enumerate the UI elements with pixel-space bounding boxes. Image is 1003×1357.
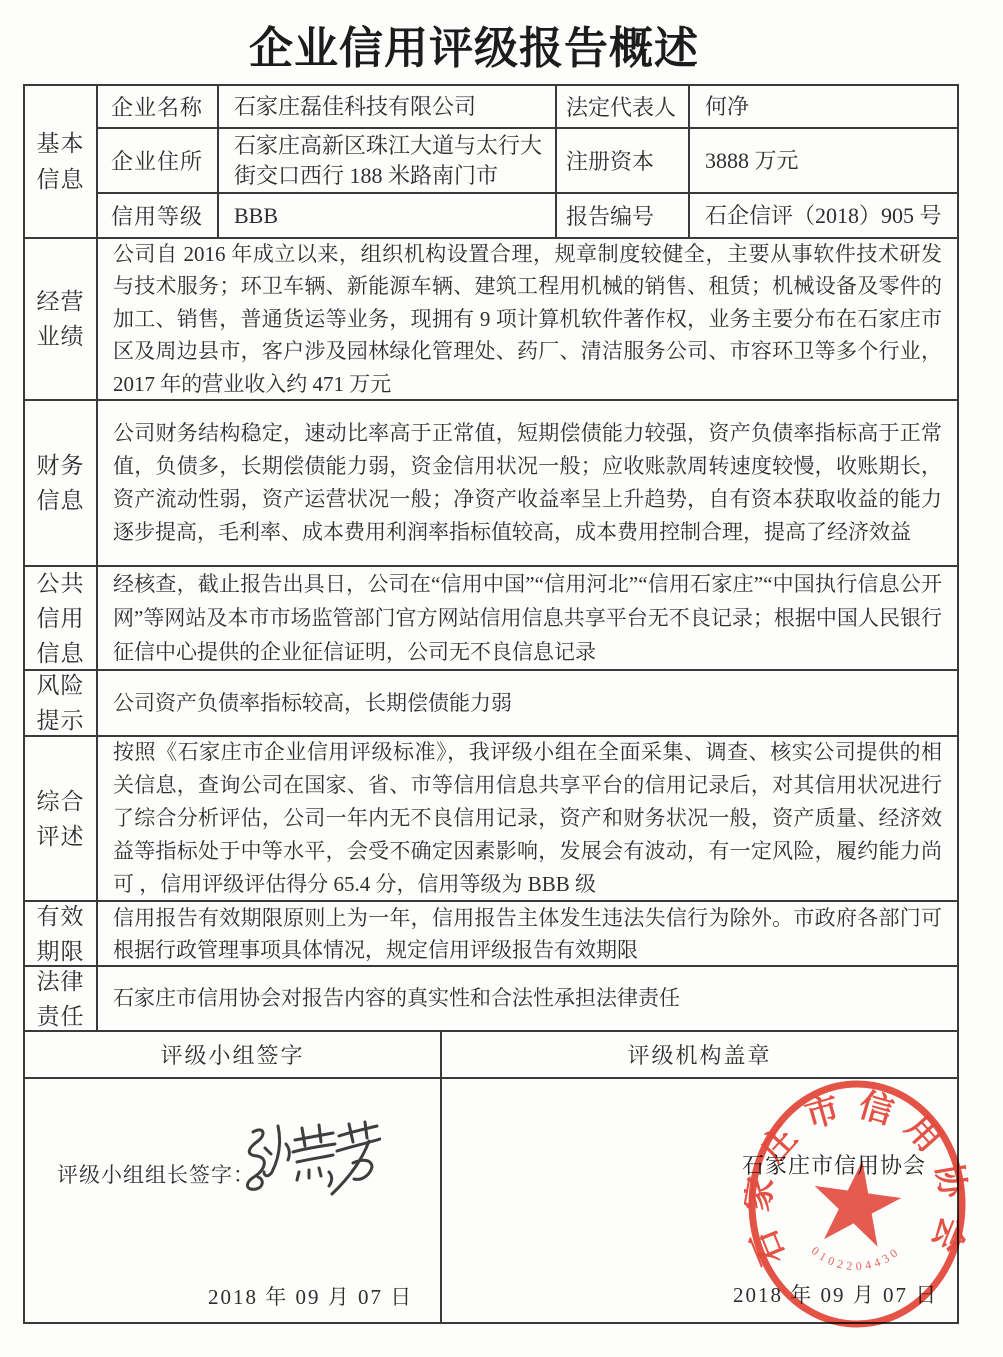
team-leader-signature-label: 评级小组组长签字： [57, 1159, 255, 1189]
section-label-basic-info: 基本 信息 [25, 86, 96, 237]
field-value-credit-grade: BBB [217, 192, 555, 237]
signature-stroke [295, 1133, 333, 1140]
section-validity-period: 有效 期限 信用报告有效期限原则上为一年，信用报告主体发生违法失信行为除外。市政… [25, 900, 957, 965]
left-date: 2018 年 09 月 07 日 [208, 1281, 413, 1311]
field-label-legal-representative: 法定代表人 [555, 86, 688, 127]
section-label: 经营 业绩 [25, 239, 96, 399]
signature-stroke [286, 1144, 289, 1160]
signature-handwriting [233, 1120, 381, 1200]
signature-stroke [365, 1122, 367, 1138]
section-label: 有效 期限 [25, 902, 96, 965]
seal-star-icon [808, 1154, 906, 1249]
section-legal-responsibility: 法律 责任 石家庄市信用协会对报告内容的真实性和合法性承担法律责任 [25, 965, 957, 1030]
signature-stroke [337, 1139, 380, 1151]
field-value-registered-capital: 3888 万元 [688, 127, 957, 192]
section-business-performance: 经营 业绩 公司自 2016 年成立以来，组织机构设置合理，规章制度较健全，主要… [25, 237, 957, 399]
section-label: 公共 信用 信息 [25, 567, 96, 669]
basic-info-block: 基本 信息 企业名称 石家庄磊佳科技有限公司 法定代表人 何净 企业住所 石家庄… [25, 86, 957, 237]
signature-stroke [353, 1160, 372, 1179]
field-label-company-address: 企业住所 [96, 127, 217, 192]
signature-stroke [332, 1141, 369, 1194]
signature-stroke [319, 1125, 321, 1142]
seal-code-digits: 0102204430 [809, 1244, 904, 1274]
signature-stroke [247, 1130, 264, 1189]
signature-stroke [302, 1128, 305, 1146]
section-text: 按照《石家庄市企业信用评级标准》，我评级小组在全面采集、调查、核实公司提供的相关… [113, 736, 942, 901]
section-text: 经核查，截止报告出具日，公司在“信用中国”“信用河北”“信用石家庄”“中国执行信… [113, 567, 942, 669]
field-label-company-name: 企业名称 [96, 86, 217, 127]
field-value-company-name: 石家庄磊佳科技有限公司 [217, 86, 555, 127]
section-risk-warning: 风险 提示 公司资产负债率指标较高，长期偿债能力弱 [25, 669, 957, 735]
field-value-legal-representative: 何净 [688, 86, 957, 127]
field-value-report-number: 石企信评（2018）905 号 [688, 192, 957, 237]
document-page: 企业信用评级报告概述 基本 信息 企业名称 石家庄磊佳科技有限公司 法定代表人 … [0, 0, 1003, 1357]
section-financial-info: 财务 信息 公司财务结构稳定，速动比率高于正常值，短期偿债能力较强，资产负债率指… [25, 399, 957, 565]
signature-stroke [293, 1144, 335, 1152]
section-text: 石家庄市信用协会对报告内容的真实性和合法性承担法律责任 [113, 982, 680, 1015]
signature-stroke [265, 1148, 271, 1154]
section-text: 公司自 2016 年成立以来，组织机构设置合理，规章制度较健全，主要从事软件技术… [113, 238, 942, 401]
section-text: 信用报告有效期限原则上为一年，信用报告主体发生违法失信行为除外。市政府各部门可根… [113, 902, 942, 966]
section-label: 财务 信息 [25, 401, 96, 565]
section-text: 公司财务结构稳定，速动比率高于正常值，短期偿债能力较强，资产负债率指标高于正常值… [113, 417, 942, 549]
field-value-company-address: 石家庄高新区珠江大道与太行大街交口西行 188 米路南门市 [217, 127, 555, 192]
section-label: 法律 责任 [25, 967, 96, 1030]
section-comprehensive-review: 综合 评述 按照《石家庄市企业信用评级标准》，我评级小组在全面采集、调查、核实公… [25, 735, 957, 900]
section-label: 综合 评述 [25, 737, 96, 900]
header-rating-agency-seal: 评级机构盖章 [440, 1032, 957, 1077]
signature-stroke [297, 1172, 299, 1180]
section-label: 风险 提示 [25, 671, 96, 735]
field-label-registered-capital: 注册资本 [555, 127, 688, 192]
field-label-report-number: 报告编号 [555, 192, 688, 237]
section-text: 公司资产负债率指标较高，长期偿债能力弱 [113, 687, 512, 720]
signature-stroke [297, 1155, 333, 1162]
header-rating-team-signature: 评级小组签字 [25, 1032, 440, 1077]
signature-stroke [329, 1172, 332, 1186]
signature-stroke [339, 1126, 377, 1136]
field-label-credit-grade: 信用等级 [96, 192, 217, 237]
page-title: 企业信用评级报告概述 [0, 12, 948, 76]
signature-stroke [349, 1124, 353, 1142]
official-seal-stamp: 石家庄市信用协会 0102204430 [744, 1077, 970, 1333]
signature-header-row: 评级小组签字 评级机构盖章 [25, 1030, 957, 1077]
section-public-credit-info: 公共 信用 信息 经核查，截止报告出具日，公司在“信用中国”“信用河北”“信用石… [25, 565, 957, 669]
signature-stroke [319, 1168, 321, 1176]
